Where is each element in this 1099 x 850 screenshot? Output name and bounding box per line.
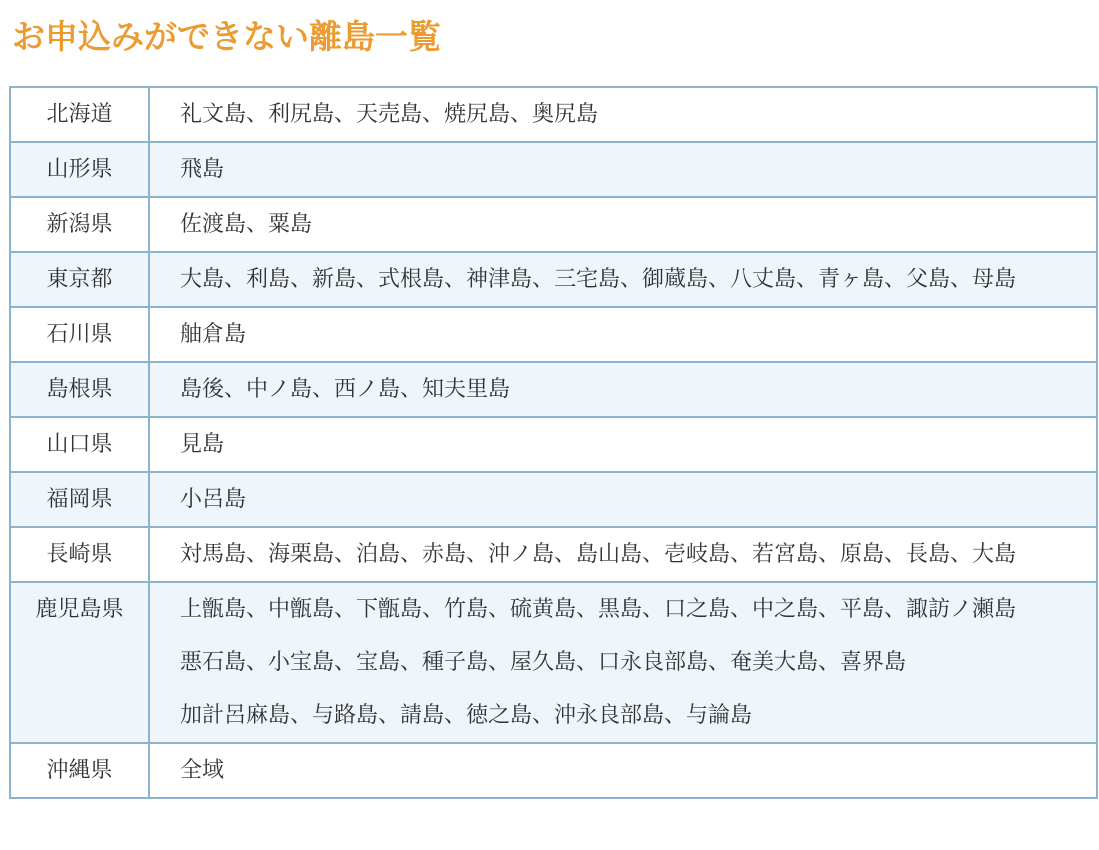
islands-text: 飛島 [180, 143, 1096, 196]
prefecture-cell: 山形県 [10, 142, 149, 197]
table-row: 新潟県 佐渡島、粟島 [10, 197, 1097, 252]
islands-text: 舳倉島 [180, 308, 1096, 361]
prefecture-cell: 新潟県 [10, 197, 149, 252]
islands-text: 佐渡島、粟島 [180, 198, 1096, 251]
islands-text: 悪石島、小宝島、宝島、種子島、屋久島、口永良部島、奄美大島、喜界島 [180, 636, 1096, 689]
islands-cell: 小呂島 [149, 472, 1097, 527]
prefecture-cell: 鹿児島県 [10, 582, 149, 743]
islands-cell: 全域 [149, 743, 1097, 798]
prefecture-cell: 石川県 [10, 307, 149, 362]
page-title: お申込みができない離島一覧 [12, 14, 441, 60]
islands-cell: 島後、中ノ島、西ノ島、知夫里島 [149, 362, 1097, 417]
islands-text: 加計呂麻島、与路島、請島、徳之島、沖永良部島、与論島 [180, 689, 1096, 742]
islands-cell: 見島 [149, 417, 1097, 472]
island-table: 北海道 礼文島、利尻島、天売島、焼尻島、奥尻島 山形県 飛島 新潟県 佐渡島、粟… [9, 86, 1098, 799]
islands-cell: 大島、利島、新島、式根島、神津島、三宅島、御蔵島、八丈島、青ヶ島、父島、母島 [149, 252, 1097, 307]
islands-cell: 舳倉島 [149, 307, 1097, 362]
islands-text: 大島、利島、新島、式根島、神津島、三宅島、御蔵島、八丈島、青ヶ島、父島、母島 [180, 253, 1096, 306]
table-row: 東京都 大島、利島、新島、式根島、神津島、三宅島、御蔵島、八丈島、青ヶ島、父島、… [10, 252, 1097, 307]
islands-text: 上甑島、中甑島、下甑島、竹島、硫黄島、黒島、口之島、中之島、平島、諏訪ノ瀬島 [180, 583, 1096, 636]
prefecture-cell: 東京都 [10, 252, 149, 307]
islands-cell: 対馬島、海栗島、泊島、赤島、沖ノ島、島山島、壱岐島、若宮島、原島、長島、大島 [149, 527, 1097, 582]
islands-cell: 飛島 [149, 142, 1097, 197]
islands-text: 小呂島 [180, 473, 1096, 526]
islands-cell: 上甑島、中甑島、下甑島、竹島、硫黄島、黒島、口之島、中之島、平島、諏訪ノ瀬島 悪… [149, 582, 1097, 743]
table-row: 北海道 礼文島、利尻島、天売島、焼尻島、奥尻島 [10, 87, 1097, 142]
islands-text: 対馬島、海栗島、泊島、赤島、沖ノ島、島山島、壱岐島、若宮島、原島、長島、大島 [180, 528, 1096, 581]
islands-cell: 礼文島、利尻島、天売島、焼尻島、奥尻島 [149, 87, 1097, 142]
islands-text: 島後、中ノ島、西ノ島、知夫里島 [180, 363, 1096, 416]
table-row: 長崎県 対馬島、海栗島、泊島、赤島、沖ノ島、島山島、壱岐島、若宮島、原島、長島、… [10, 527, 1097, 582]
prefecture-cell: 沖縄県 [10, 743, 149, 798]
table-row: 山口県 見島 [10, 417, 1097, 472]
islands-cell: 佐渡島、粟島 [149, 197, 1097, 252]
table-row: 山形県 飛島 [10, 142, 1097, 197]
islands-text: 礼文島、利尻島、天売島、焼尻島、奥尻島 [180, 88, 1096, 141]
table-row: 福岡県 小呂島 [10, 472, 1097, 527]
islands-text: 見島 [180, 418, 1096, 471]
prefecture-cell: 山口県 [10, 417, 149, 472]
table-row: 石川県 舳倉島 [10, 307, 1097, 362]
prefecture-cell: 長崎県 [10, 527, 149, 582]
prefecture-cell: 北海道 [10, 87, 149, 142]
table-row: 鹿児島県 上甑島、中甑島、下甑島、竹島、硫黄島、黒島、口之島、中之島、平島、諏訪… [10, 582, 1097, 743]
prefecture-cell: 島根県 [10, 362, 149, 417]
table-row: 島根県 島後、中ノ島、西ノ島、知夫里島 [10, 362, 1097, 417]
table-row: 沖縄県 全域 [10, 743, 1097, 798]
islands-text: 全域 [180, 744, 1096, 797]
prefecture-cell: 福岡県 [10, 472, 149, 527]
